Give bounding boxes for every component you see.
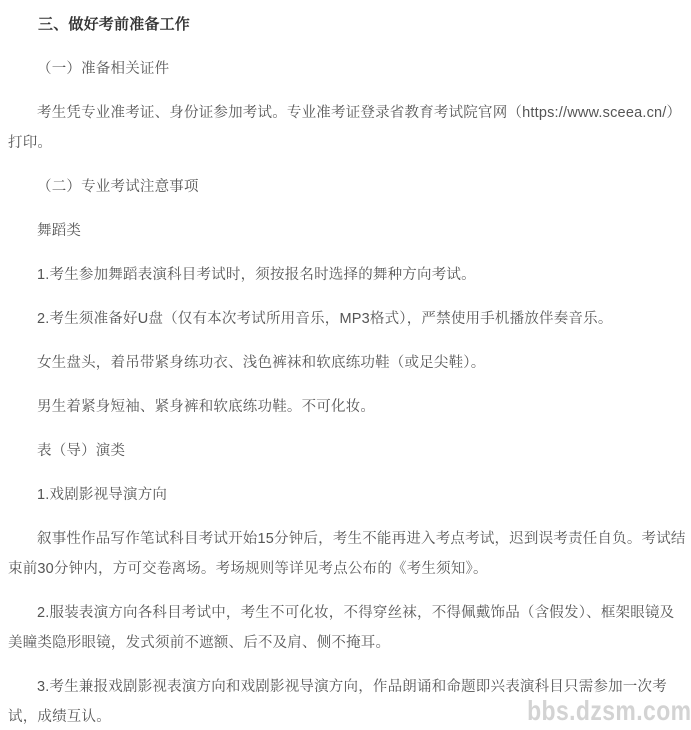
- paragraph-admission-ticket: 考生凭专业准考证、身份证参加考试。专业准考证登录省教育考试院官网（https:/…: [8, 98, 689, 158]
- subsection-heading-1: （一）准备相关证件: [8, 54, 689, 84]
- document-body: 三、做好考前准备工作 （一）准备相关证件 考生凭专业准考证、身份证参加考试。专业…: [0, 0, 691, 730]
- subsection-heading-2: （二）专业考试注意事项: [8, 172, 689, 202]
- section-heading: 三、做好考前准备工作: [8, 10, 689, 40]
- category-heading-acting: 表（导）演类: [8, 436, 689, 466]
- paragraph-written-exam-rule: 叙事性作品写作笔试科目考试开始15分钟后，考生不能再进入考点考试，迟到误考责任自…: [8, 524, 689, 584]
- paragraph-directing-heading: 1.戏剧影视导演方向: [8, 480, 689, 510]
- document-page: 三、做好考前准备工作 （一）准备相关证件 考生凭专业准考证、身份证参加考试。专业…: [0, 0, 691, 730]
- paragraph-fashion-performance-rule: 2.服装表演方向各科目考试中，考生不可化妆，不得穿丝袜，不得佩戴饰品（含假发）、…: [8, 598, 689, 658]
- paragraph-dance-male-dress: 男生着紧身短袖、紧身裤和软底练功鞋。不可化妆。: [8, 392, 689, 422]
- paragraph-dance-female-dress: 女生盘头，着吊带紧身练功衣、浅色裤袜和软底练功鞋（或足尖鞋）。: [8, 348, 689, 378]
- category-heading-dance: 舞蹈类: [8, 216, 689, 246]
- paragraph-dance-rule-1: 1.考生参加舞蹈表演科目考试时，须按报名时选择的舞种方向考试。: [8, 260, 689, 290]
- site-watermark: bbs.dzsm.com: [527, 695, 691, 727]
- paragraph-dance-rule-2: 2.考生须准备好U盘（仅有本次考试所用音乐，MP3格式），严禁使用手机播放伴奏音…: [8, 304, 689, 334]
